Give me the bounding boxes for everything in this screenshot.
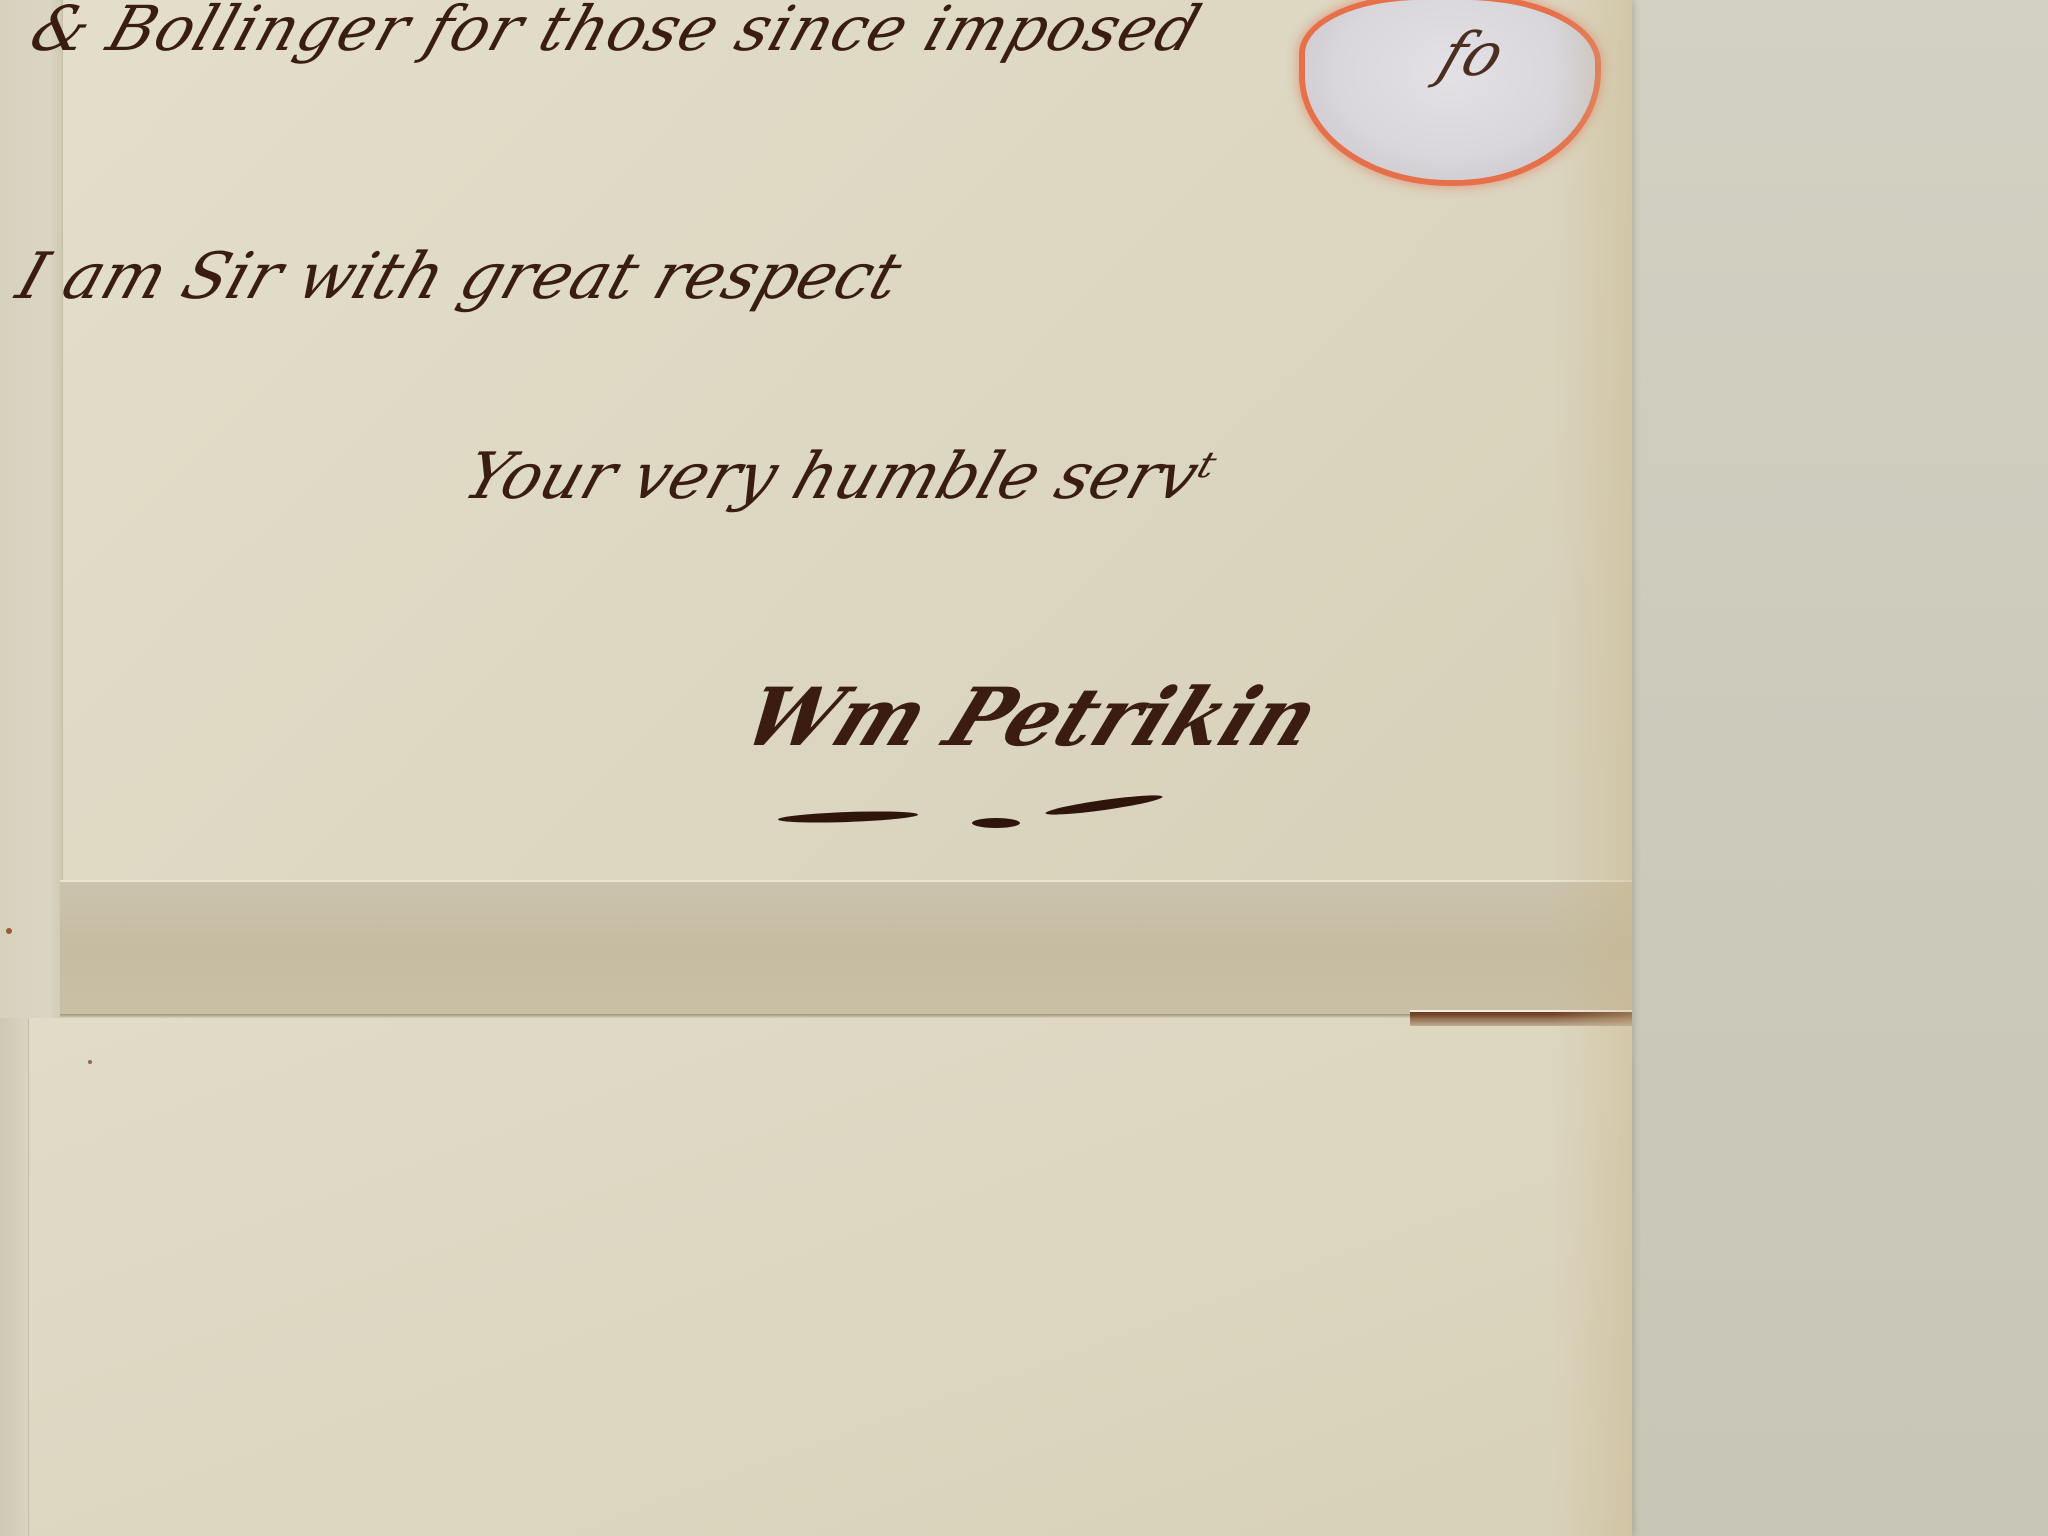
signature-flourish bbox=[972, 818, 1020, 828]
left-fold-edge-lower bbox=[0, 1018, 29, 1536]
valediction-line: Your very humble servᵗ bbox=[455, 440, 1224, 514]
ink-speck bbox=[88, 1060, 92, 1064]
background-surface bbox=[1630, 0, 2048, 1536]
letter-line-1: & Bollinger for those since imposed bbox=[22, 0, 1210, 65]
signature-flourish bbox=[778, 810, 918, 825]
torn-edge-shadow bbox=[1410, 1010, 1632, 1026]
lower-blank-panel bbox=[0, 1018, 1632, 1536]
fold-band bbox=[60, 880, 1632, 1017]
wax-seal bbox=[1305, 0, 1595, 180]
signature: Wm Petrikin bbox=[730, 670, 1333, 764]
ink-speck bbox=[6, 928, 12, 934]
letter-page: fo & Bollinger for those since imposed I… bbox=[0, 0, 1632, 1536]
signature-flourish bbox=[1045, 792, 1163, 818]
left-fold-edge bbox=[0, 0, 63, 1018]
closing-line: I am Sir with great respect bbox=[8, 240, 910, 314]
